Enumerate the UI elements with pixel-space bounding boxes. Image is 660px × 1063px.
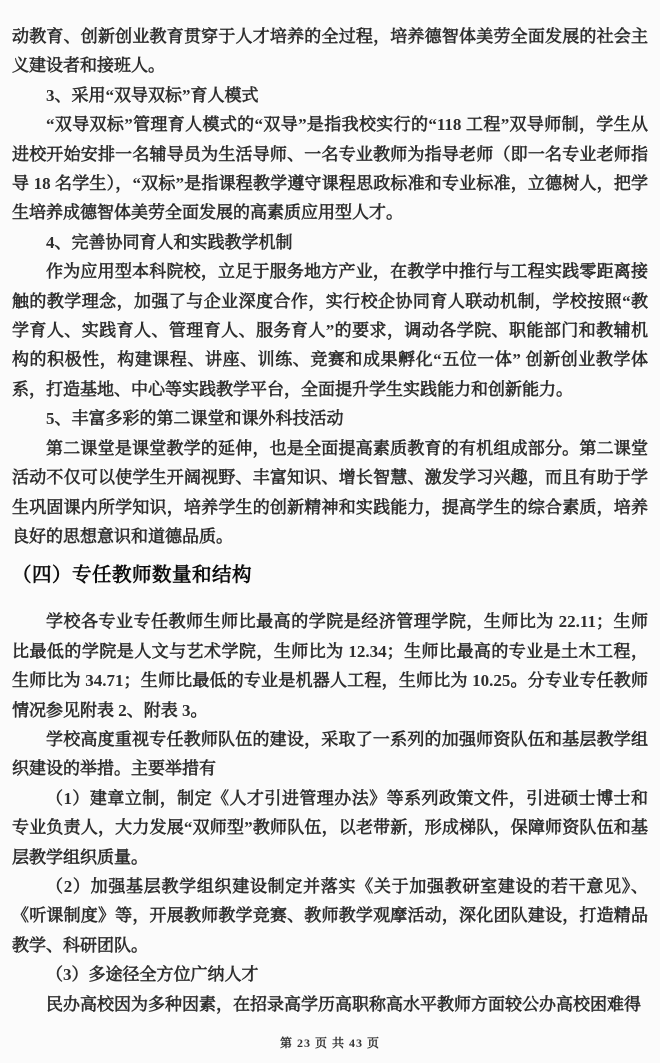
paragraph-student-teacher-ratio: 学校各专业专任教师生师比最高的学院是经济管理学院，生师比为 22.11；生师比最…: [12, 607, 648, 725]
page-number: 第 23 页 共 43 页: [12, 1035, 648, 1051]
paragraph-collaborative-education: 作为应用型本科院校，立足于服务地方产业，在教学中推行与工程实践零距离接触的教学理…: [12, 257, 648, 404]
paragraph-measure-1: （1）建章立制，制定《人才引进管理办法》等系列政策文件，引进硕士博士和专业负责人…: [12, 784, 648, 872]
paragraph-dual-tutor-model: “双导双标”管理育人模式的“双导”是指我校实行的“118 工程”双导师制，学生从…: [12, 110, 648, 228]
paragraph-teacher-team-building: 学校高度重视专任教师队伍的建设，采取了一系列的加强师资队伍和基层教学组织建设的举…: [12, 725, 648, 784]
paragraph-continuation: 动教育、创新创业教育贯穿于人才培养的全过程，培养德智体美劳全面发展的社会主义建设…: [12, 22, 648, 81]
document-page: 动教育、创新创业教育贯穿于人才培养的全过程，培养德智体美劳全面发展的社会主义建设…: [0, 0, 660, 1063]
subheading-item-3: 3、采用“双导双标”育人模式: [12, 81, 648, 110]
subheading-item-5: 5、丰富多彩的第二课堂和课外科技活动: [12, 404, 648, 433]
subheading-item-4: 4、完善协同育人和实践教学机制: [12, 228, 648, 257]
paragraph-measure-2: （2）加强基层教学组织建设制定并落实《关于加强教研室建设的若干意见》、《听课制度…: [12, 872, 648, 960]
subheading-measure-3: （3）多途径全方位广纳人才: [12, 960, 648, 989]
section-heading-4: （四）专任教师数量和结构: [12, 562, 648, 588]
paragraph-second-classroom: 第二课堂是课堂教学的延伸，也是全面提高素质教育的有机组成部分。第二课堂活动不仅可…: [12, 434, 648, 552]
paragraph-private-college-recruiting: 民办高校因为多种因素，在招录高学历高职称高水平教师方面较公办高校困难得: [12, 990, 648, 1019]
